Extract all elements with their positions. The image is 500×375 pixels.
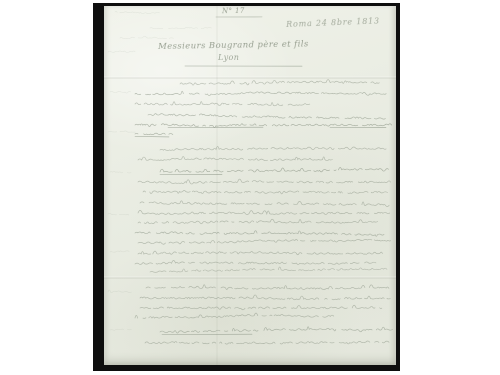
page-background: { "photo": { "description": "Photograph … — [0, 0, 500, 375]
recipient-city: Lyon — [218, 53, 239, 62]
letter-number: N° 17 — [222, 7, 245, 15]
handwriting-layer — [104, 6, 396, 365]
letter-paper: N° 17 Roma 24 8bre 1813 Messieurs Bougra… — [104, 6, 396, 365]
photo-black-backdrop: N° 17 Roma 24 8bre 1813 Messieurs Bougra… — [93, 3, 400, 371]
